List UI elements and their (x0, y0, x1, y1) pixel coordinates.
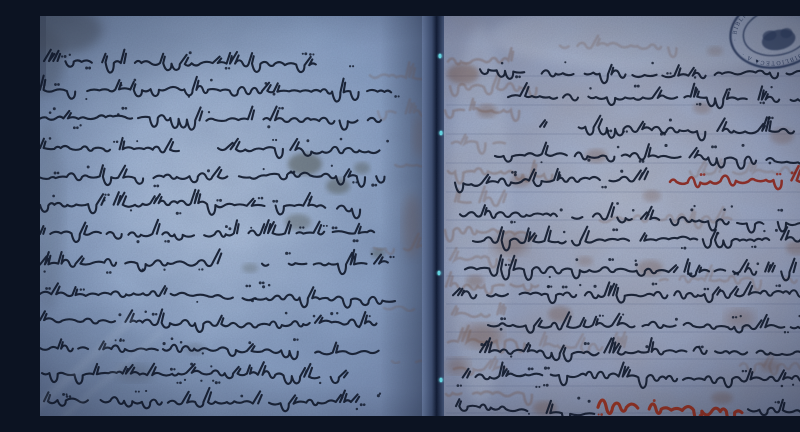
manuscript-photo: Photograph of an open parchment manuscri… (40, 16, 800, 416)
manuscript-photo-svg: · BIBLIOTECA A · · BIBLIOTECA A · · BIBL… (40, 16, 800, 416)
photo-grain-overlay (40, 16, 800, 416)
